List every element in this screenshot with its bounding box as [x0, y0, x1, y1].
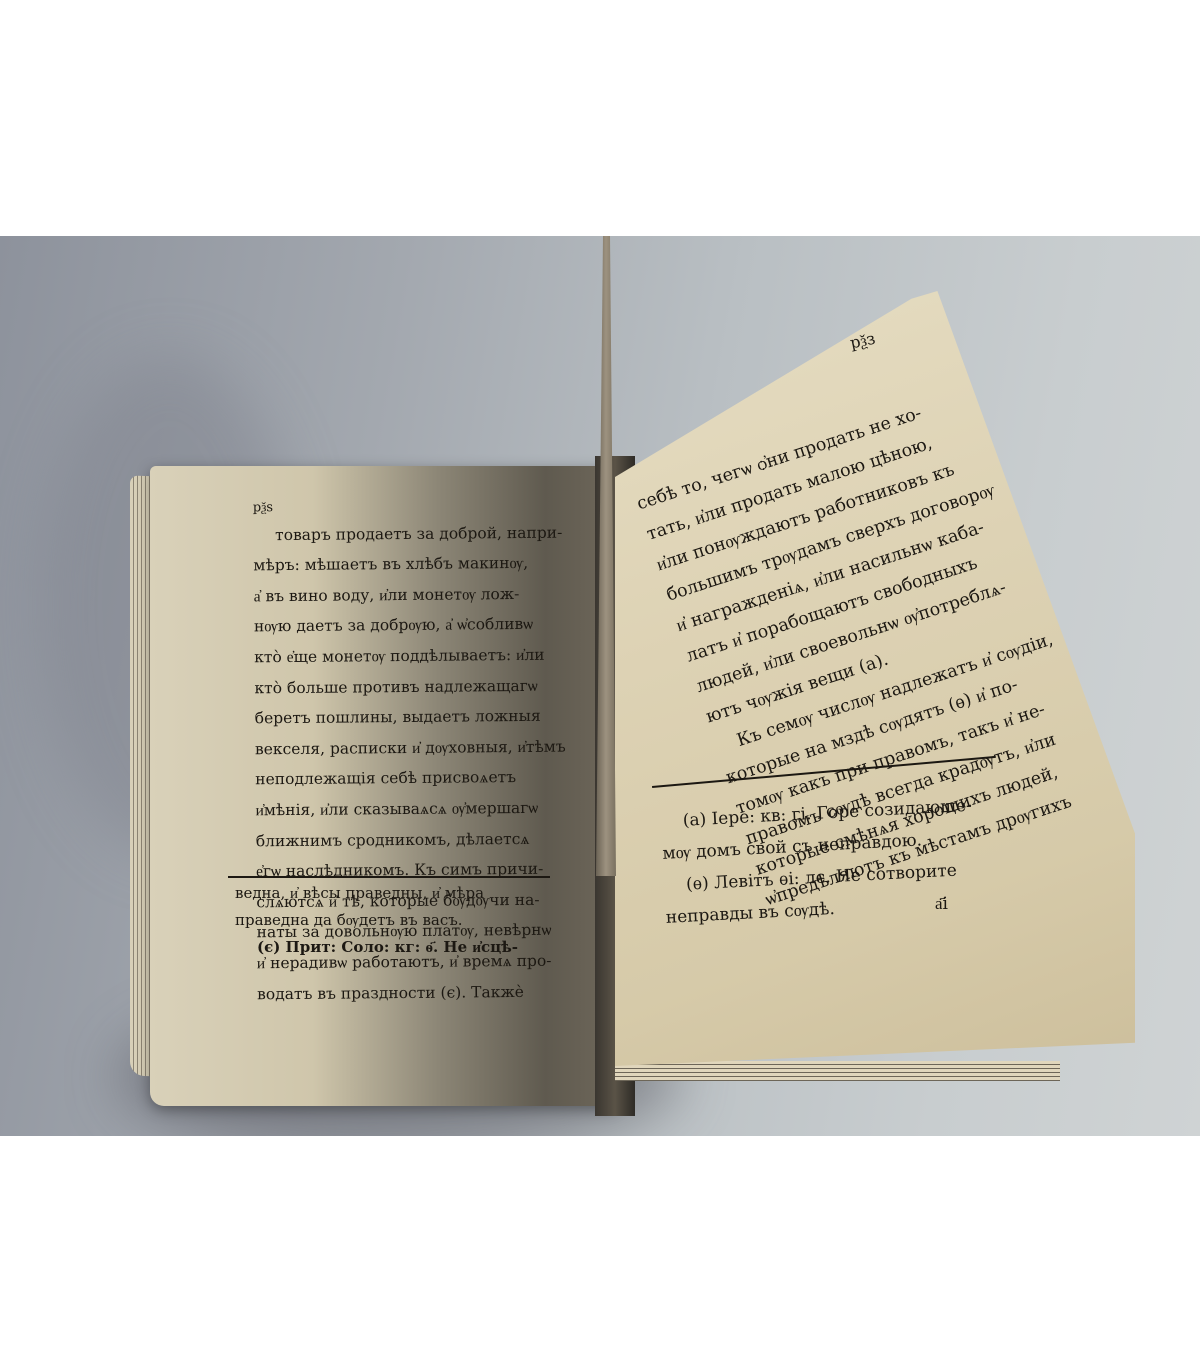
text-line: кто̀ больше противъ надлежащагѡ — [254, 670, 554, 703]
page-edges-right — [615, 1061, 1060, 1081]
text-line: товаръ продаетъ за доброй, напри- — [253, 517, 553, 550]
text-line: неподлежащія себѣ присвоѧетъ — [255, 762, 555, 795]
signature-mark: а҃і — [935, 894, 948, 914]
right-page-footnotes: (а) Іере: кв: ӷі. Горе созидающе- мѹ дом… — [660, 786, 1046, 934]
text-line: водатъ въ праздности (є). Такжѐ — [257, 976, 557, 1009]
text-line: кто̀ е҆ще монетѹ поддѣлываетъ: и҆ли — [254, 640, 554, 673]
text-line: нѹю даетъ за добрѹю, а҆ ѡ҆собливѡ — [254, 609, 554, 642]
text-line: беретъ пошлины, выдаетъ ложныя — [255, 701, 555, 734]
text-line: мѣръ: мѣшаетъ въ хлѣбъ макинѹ, — [253, 548, 553, 581]
text-line: векселя, расписки и҆ дѹховныя, и҆тѣмъ — [255, 731, 555, 764]
footnote-rule-left — [228, 876, 550, 878]
footnote-line: (є) Прит: Соло: кг: ѳ҃. Не и҆сцѣ- — [235, 934, 555, 961]
book-photograph: рѯѕ товаръ продаетъ за доброй, напри- мѣ… — [0, 236, 1200, 1136]
footnote-line: ведна, и҆ вѣсы праведны, и҆ мѣра — [235, 880, 555, 907]
text-line: и҆мѣнія, и҆ли сказываѧсѧ ѹ҆мершагѡ — [255, 793, 555, 826]
text-line: ближнимъ сродникомъ, дѣлаетсѧ — [256, 823, 556, 856]
left-page-footnotes: ведна, и҆ вѣсы праведны, и҆ мѣра праведн… — [235, 880, 555, 961]
footnote-line: праведна да бѹдетъ въ васъ. — [235, 907, 555, 934]
text-line: а҆ въ вино воду, и҆ли монетѹ лож- — [254, 578, 554, 611]
